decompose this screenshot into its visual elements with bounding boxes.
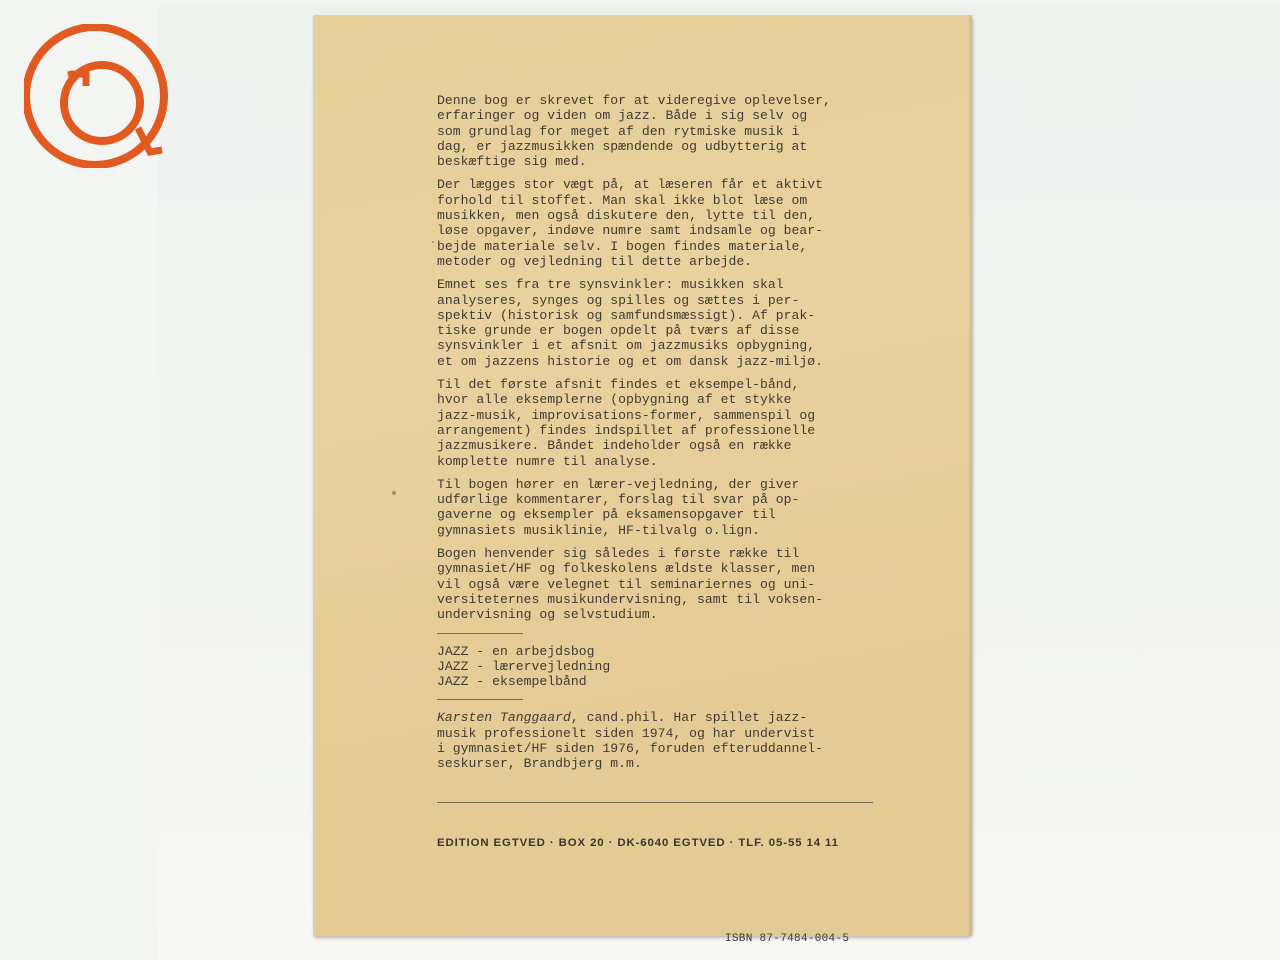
paragraph-intro: Denne bog er skrevet for at videregive o… (437, 93, 887, 169)
series-item: JAZZ - eksempelbånd (437, 674, 887, 689)
author-name: Karsten Tanggaard (437, 710, 571, 725)
isbn: ISBN 87-7484-004-5 (725, 933, 849, 945)
publisher-divider (437, 802, 873, 803)
publisher-line: EDITION EGTVED · BOX 20 · DK-6040 EGTVED… (437, 837, 877, 849)
series-item: JAZZ - lærervejledning (437, 659, 887, 674)
author-bio: Karsten Tanggaard, cand.phil. Har spille… (437, 710, 887, 771)
paragraph-perspectives: Emnet ses fra tre synsvinkler: musikken … (437, 277, 887, 369)
paper-speck (392, 491, 396, 495)
book-back-cover: Denne bog er skrevet for at videregive o… (313, 15, 972, 936)
divider (437, 699, 523, 700)
paragraph-method: Der lægges stor vægt på, at læseren får … (437, 177, 887, 269)
ring-logo-icon (24, 24, 168, 168)
series-item: JAZZ - en arbejdsbog (437, 644, 887, 659)
divider (437, 633, 523, 634)
paper-speck (432, 241, 434, 243)
blurb-text: Denne bog er skrevet for at videregive o… (437, 93, 887, 780)
paragraph-tape: Til det første afsnit findes et eksempel… (437, 377, 887, 469)
paragraph-audience: Bogen henvender sig således i første ræk… (437, 546, 887, 622)
paragraph-teacher-guide: Til bogen hører en lærer-vejledning, der… (437, 477, 887, 538)
